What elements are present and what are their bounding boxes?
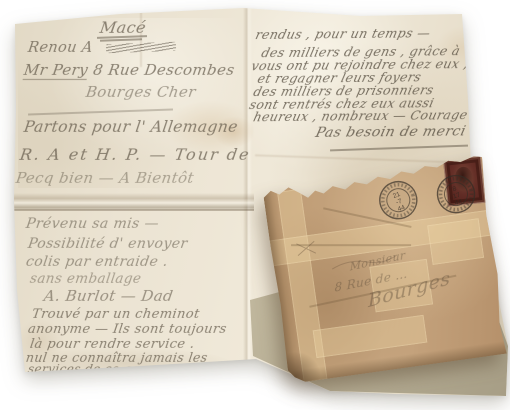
- tape-patch: [313, 315, 428, 358]
- envelope: Monsieur 8 Rue de … Bourges 21 -7 44 8: [262, 155, 510, 384]
- envelope-shadow-wrap: Monsieur 8 Rue de … Bourges 21 -7 44 8: [0, 0, 510, 410]
- envelope-corner-shading: [285, 348, 321, 384]
- photo-scene: Macé Renou A Mr Pery 8 Rue Descombes Bou…: [0, 0, 510, 410]
